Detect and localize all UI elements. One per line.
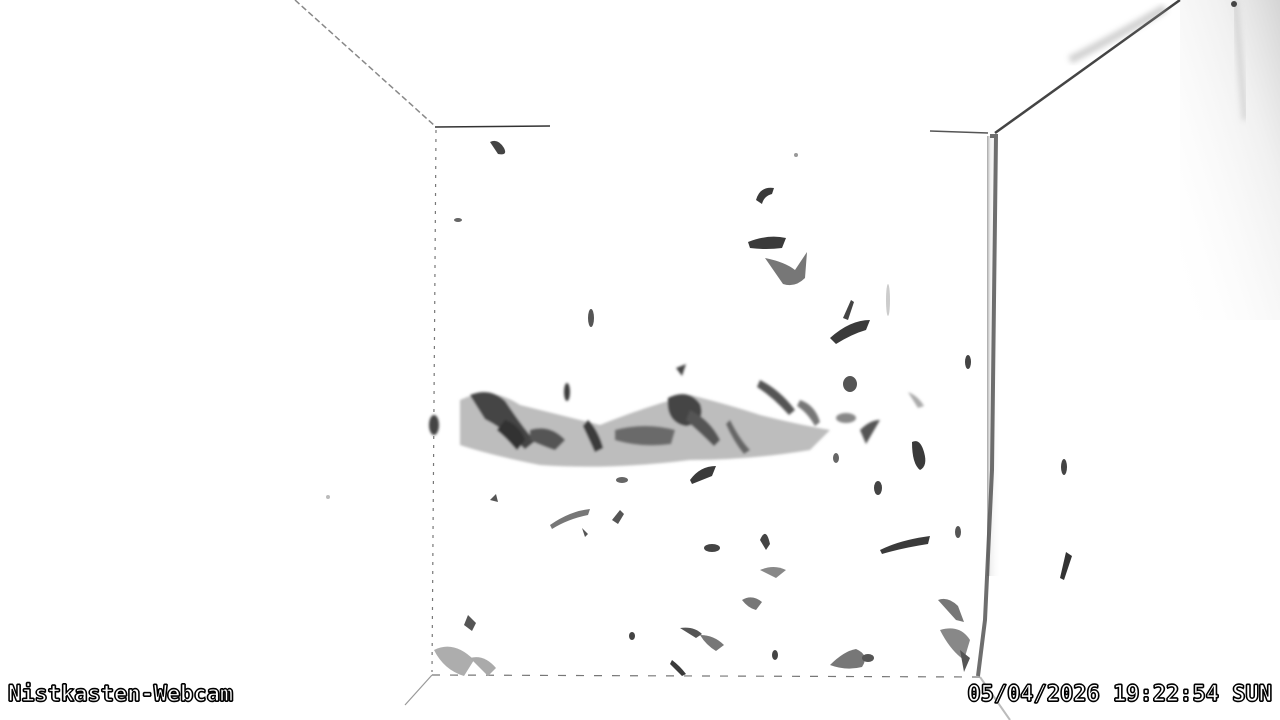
time-text: 19:22:54 bbox=[1113, 682, 1219, 707]
nest-debris bbox=[429, 141, 971, 676]
date-text: 05/04/2026 bbox=[967, 682, 1099, 707]
camera-title-overlay: Nistkasten-Webcam bbox=[8, 684, 233, 706]
timestamp-overlay: 05/04/2026 19:22:54 SUN bbox=[967, 684, 1272, 706]
webcam-feed: Nistkasten-Webcam 05/04/2026 19:22:54 SU… bbox=[0, 0, 1280, 720]
box-edges bbox=[295, 0, 1280, 720]
weekday-text: SUN bbox=[1232, 682, 1272, 707]
nest-box-scene bbox=[0, 0, 1280, 720]
